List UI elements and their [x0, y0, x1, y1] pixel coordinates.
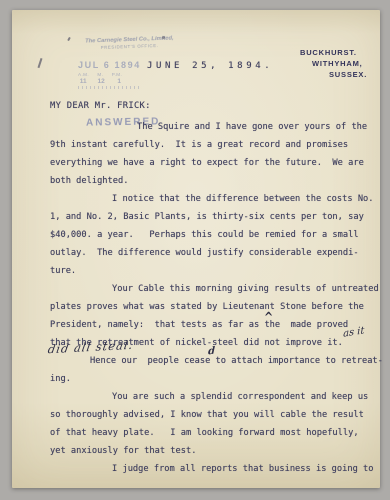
typed-line: of that heavy plate. I am looking forwar… [50, 424, 372, 442]
letterhead-line-1: BUCKHURST. [292, 47, 372, 58]
typed-line: plates proves what was stated by Lieuten… [50, 298, 372, 316]
typed-line: I judge from all reports that business i… [50, 460, 372, 478]
ink-speck [37, 58, 42, 68]
time-scale-ticks [78, 86, 142, 89]
typed-line: I notice that the difference between the… [50, 190, 372, 208]
ink-speck [162, 36, 165, 39]
letterhead-line-2: WITHYHAM, [292, 58, 372, 69]
letterhead-address: BUCKHURST. WITHYHAM, SUSSEX. [292, 47, 372, 80]
typed-line: so thoroughly advised, I know that you w… [50, 406, 372, 424]
letter-page: The Carnegie Steel Co., Limited, PRESIDE… [12, 10, 380, 488]
typed-line: Your Cable this morning giving results o… [50, 280, 372, 298]
handwritten-inserted-d: d [208, 345, 215, 357]
received-date-stamp: JUL 6 1894 [78, 60, 141, 70]
typed-line: $40,000. a year. Perhaps this could be r… [50, 226, 372, 244]
typed-line: ture. [50, 262, 372, 280]
letterhead-line-3: SUSSEX. [292, 69, 372, 80]
typed-date: JUNE 25, 1894. [147, 61, 273, 71]
typed-line: The Squire and I have gone over yours of… [50, 118, 372, 136]
handwritten-insert-caret: ^ [264, 309, 273, 326]
ink-speck [67, 37, 71, 41]
typed-line: both delighted. [50, 172, 372, 190]
typed-line: yet anxiously for that test. [50, 442, 372, 460]
typed-line: ing. [50, 370, 372, 388]
typed-line: President, namely: that tests as far as … [50, 316, 372, 334]
typed-line: You are such a splendid correspondent an… [50, 388, 372, 406]
typed-line: outlay. The difference would justify con… [50, 244, 372, 262]
salutation: MY DEAR Mr. FRICK: [50, 101, 151, 111]
body-lines: The Squire and I have gone over yours of… [50, 118, 372, 478]
received-time-stamp: A.M. M. P.M. 11 12 1 [78, 72, 142, 89]
time-stamp-values: 11 12 1 [78, 78, 142, 85]
typed-line: 1, and No. 2, Basic Plants, is thirty-si… [50, 208, 372, 226]
typed-line: everything we have a right to expect for… [50, 154, 372, 172]
typed-line: 9th instant carefully. It is a great rec… [50, 136, 372, 154]
